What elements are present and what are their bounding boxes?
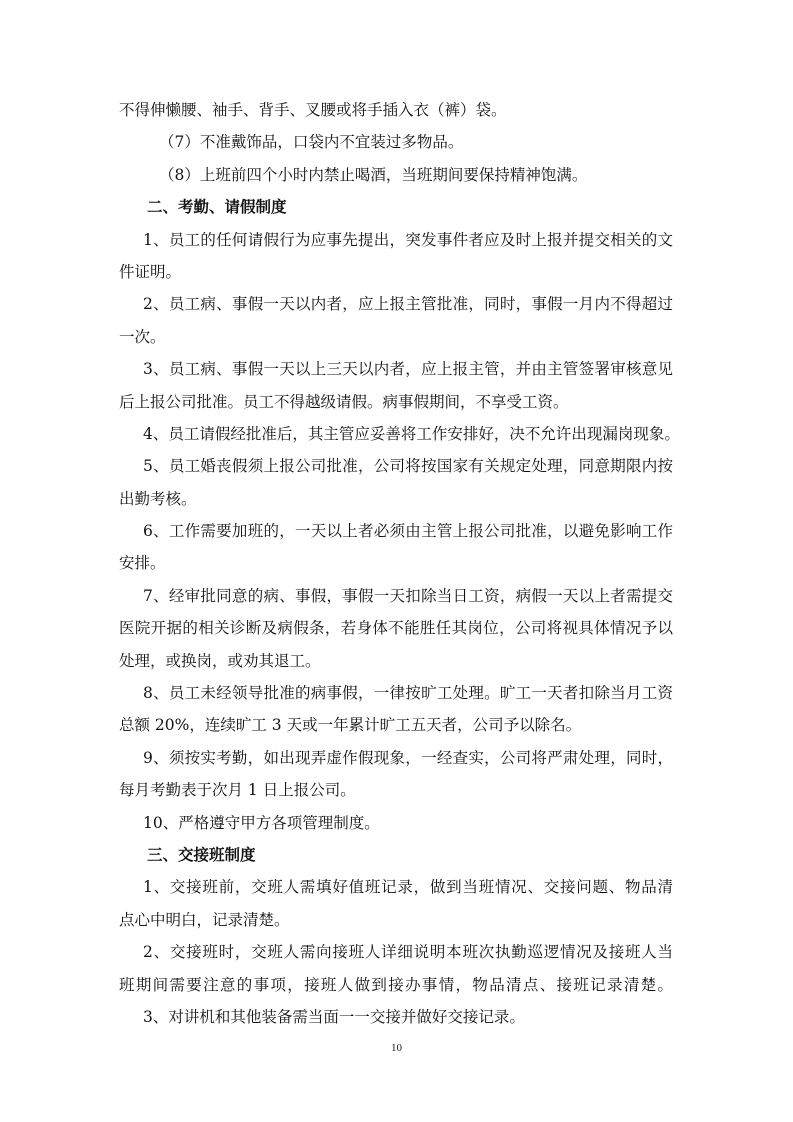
list-item: 7、经审批同意的病、事假，事假一天扣除当日工资，病假一天以上者需提交: [119, 580, 673, 612]
list-item: 2、交接班时，交班人需向接班人详细说明本班次执勤巡逻情况及接班人当: [119, 936, 673, 968]
text-line: 处理，或换岗，或劝其退工。: [119, 645, 673, 677]
text-line: 总额 20%，连续旷工 3 天或一年累计旷工五天者，公司予以除名。: [119, 709, 673, 741]
text-line: 每月考勤表于次月 1 日上报公司。: [119, 774, 673, 806]
list-item: （8）上班前四个小时内禁止喝酒，当班期间要保持精神饱满。: [119, 159, 673, 191]
list-item: 5、员工婚丧假须上报公司批准，公司将按国家有关规定处理，同意期限内按: [119, 450, 673, 482]
document-body: 不得伸懒腰、袖手、背手、叉腰或将手插入衣（裤）袋。 （7）不准戴饰品，口袋内不宜…: [119, 94, 673, 1033]
text-line: 件证明。: [119, 256, 673, 288]
list-item: 2、员工病、事假一天以内者，应上报主管批准，同时，事假一月内不得超过: [119, 288, 673, 320]
page-number: 10: [0, 1042, 793, 1054]
document-page: 不得伸懒腰、袖手、背手、叉腰或将手插入衣（裤）袋。 （7）不准戴饰品，口袋内不宜…: [0, 0, 793, 1122]
list-item: 8、员工未经领导批准的病事假，一律按旷工处理。旷工一天者扣除当月工资: [119, 677, 673, 709]
list-item: 1、交接班前，交班人需填好值班记录，做到当班情况、交接问题、物品清: [119, 871, 673, 903]
section-heading: 二、考勤、请假制度: [119, 191, 673, 223]
text-line: 一次。: [119, 321, 673, 353]
text-line: 后上报公司批准。员工不得越级请假。病事假期间，不享受工资。: [119, 386, 673, 418]
text-line: 不得伸懒腰、袖手、背手、叉腰或将手插入衣（裤）袋。: [119, 94, 673, 126]
list-item: 10、严格遵守甲方各项管理制度。: [119, 807, 673, 839]
text-line: 安排。: [119, 547, 673, 579]
text-line: 点心中明白，记录清楚。: [119, 904, 673, 936]
list-item: 1、员工的任何请假行为应事先提出，突发事件者应及时上报并提交相关的文: [119, 224, 673, 256]
list-item: 3、对讲机和其他装备需当面一一交接并做好交接记录。: [119, 1001, 673, 1033]
text-line: 出勤考核。: [119, 483, 673, 515]
list-item: 4、员工请假经批准后，其主管应妥善将工作安排好，决不允许出现漏岗现象。: [119, 418, 673, 450]
list-item: 3、员工病、事假一天以上三天以内者，应上报主管，并由主管签署审核意见: [119, 353, 673, 385]
list-item: （7）不准戴饰品，口袋内不宜装过多物品。: [119, 126, 673, 158]
list-item: 9、须按实考勤，如出现弄虚作假现象，一经查实，公司将严肃处理，同时，: [119, 742, 673, 774]
list-item: 6、工作需要加班的，一天以上者必须由主管上报公司批准，以避免影响工作: [119, 515, 673, 547]
text-line: 医院开据的相关诊断及病假条，若身体不能胜任其岗位，公司将视具体情况予以: [119, 612, 673, 644]
text-line: 班期间需要注意的事项，接班人做到接办事情，物品清点、接班记录清楚。: [119, 969, 673, 1001]
section-heading: 三、交接班制度: [119, 839, 673, 871]
